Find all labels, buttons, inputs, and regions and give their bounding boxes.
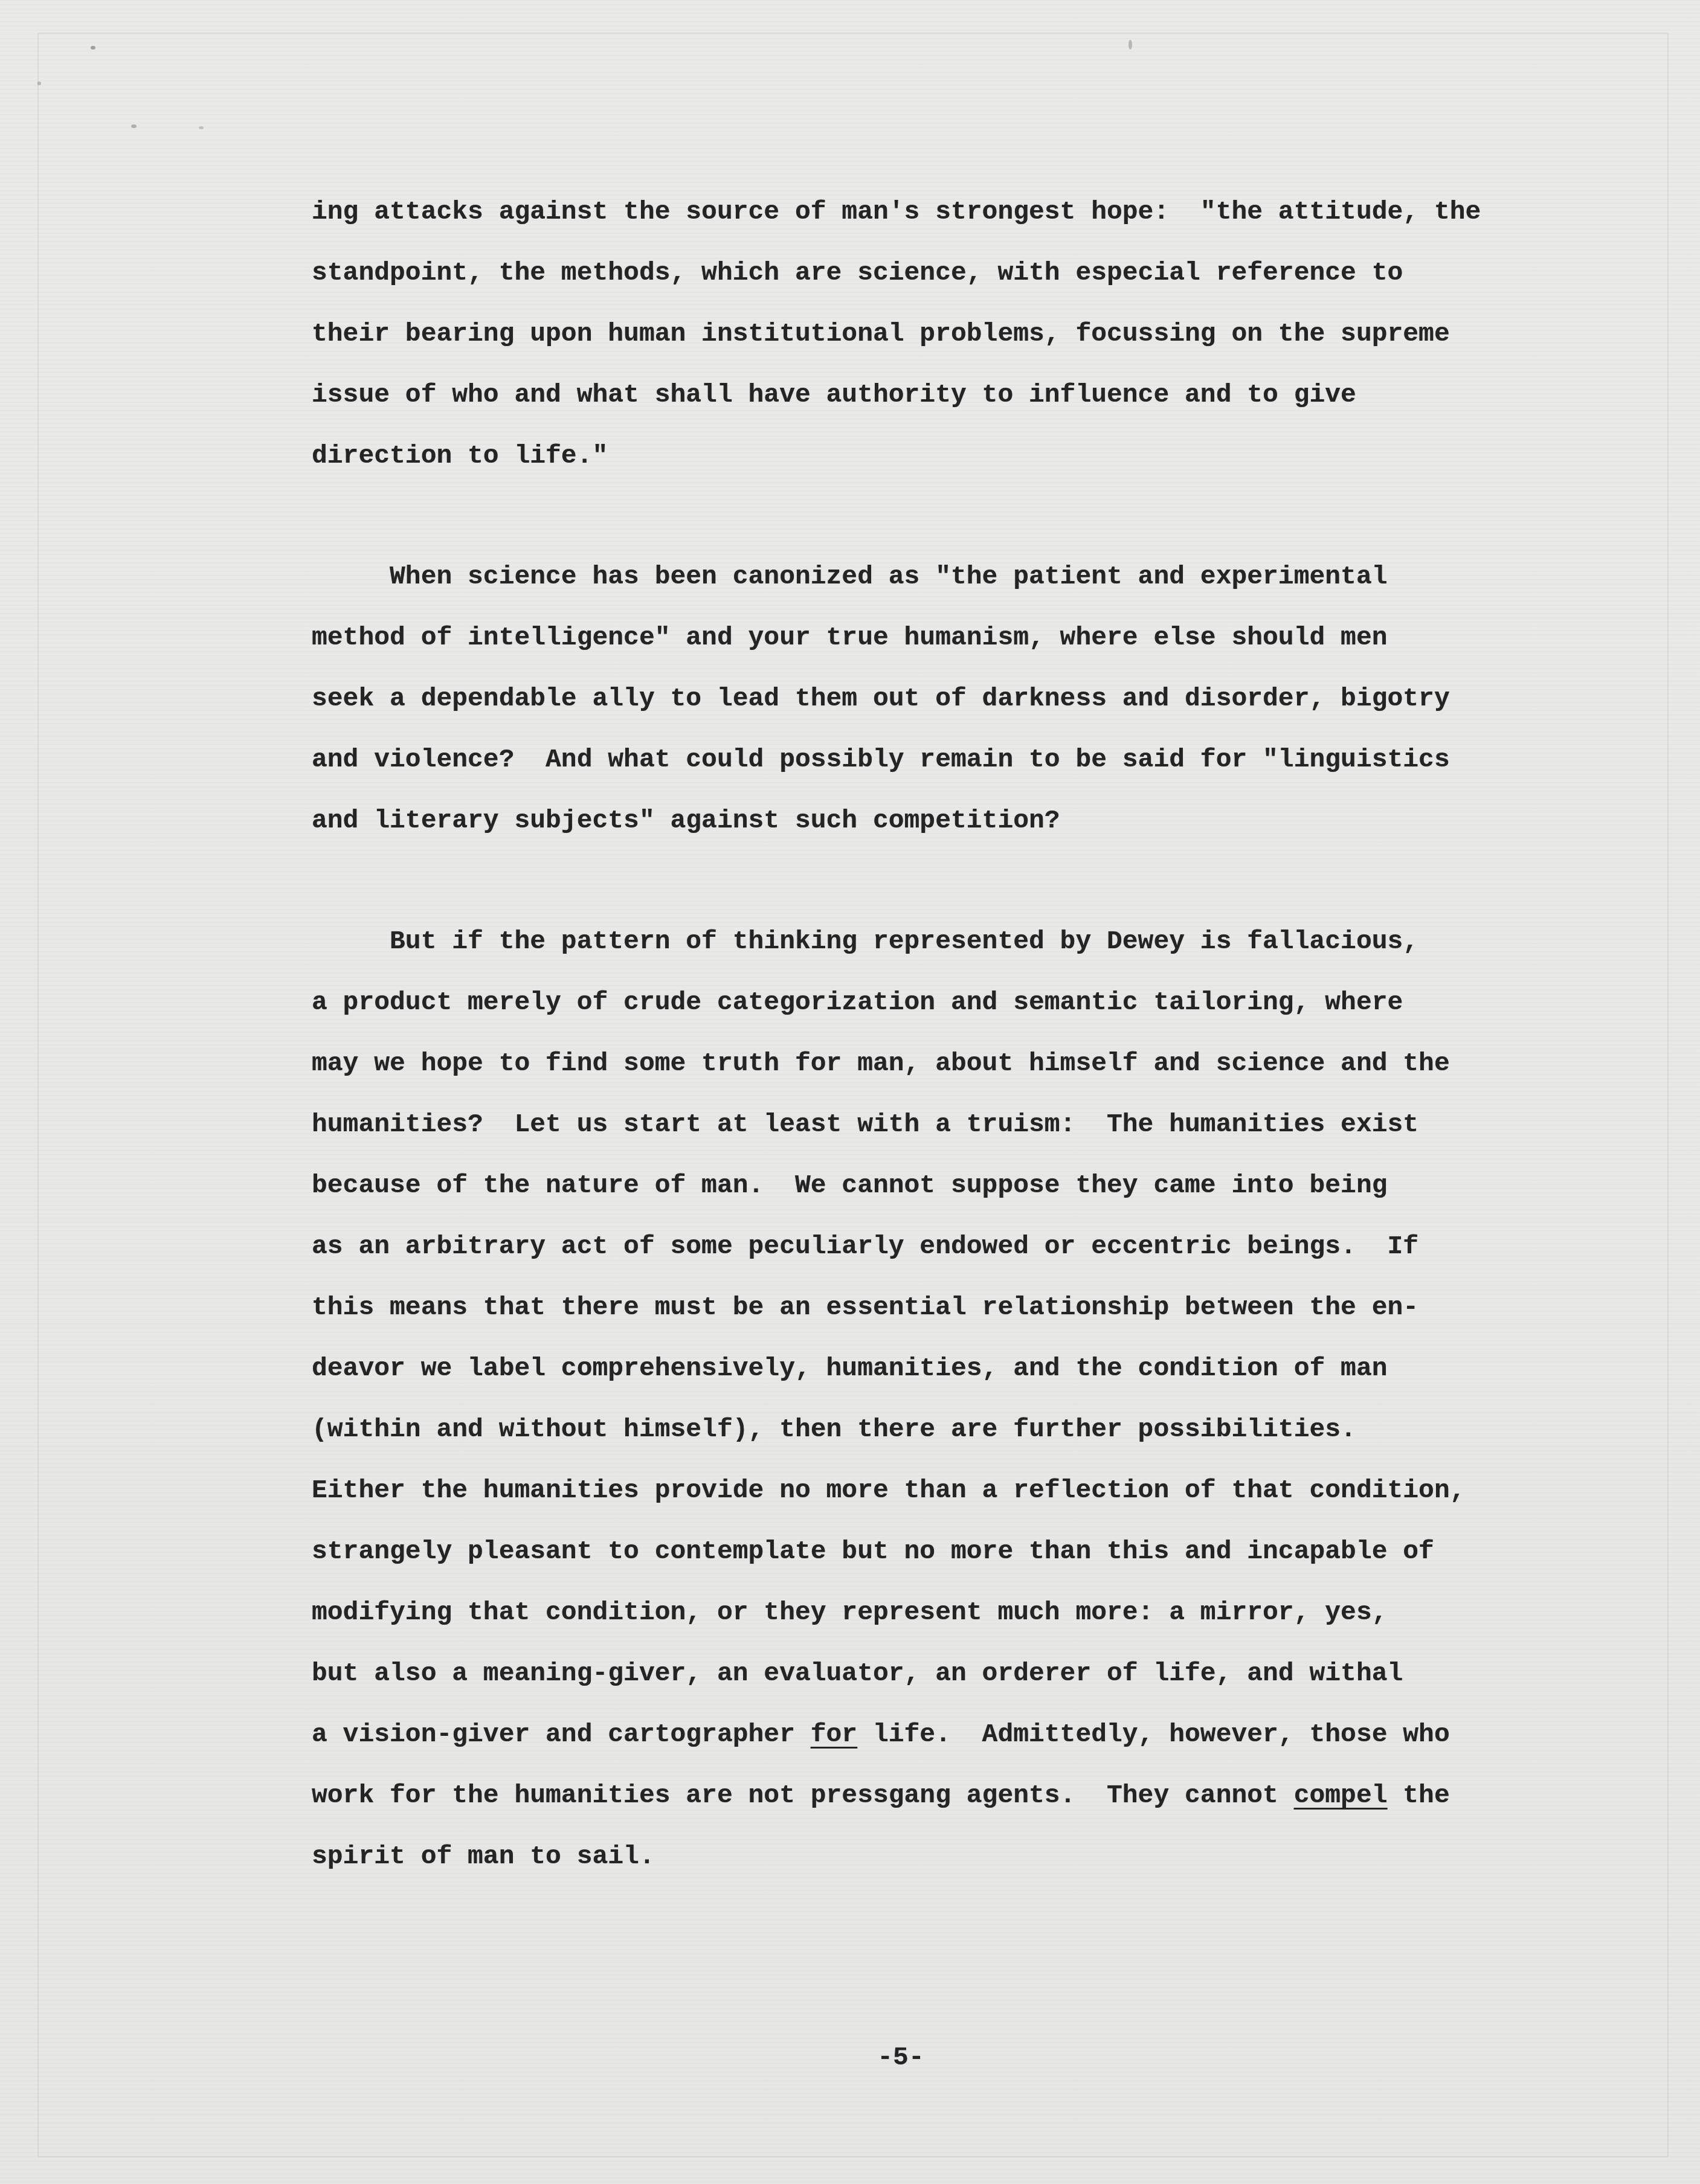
dust-speck (131, 124, 137, 128)
text-segment: a vision-giver and cartographer (312, 1720, 811, 1749)
text-segment: life. Admittedly, however, those who (857, 1720, 1450, 1749)
text-segment: ing attacks against the source of man's … (312, 197, 1481, 226)
dust-speck (91, 46, 95, 50)
text-segment: seek a dependable ally to lead them out … (312, 684, 1450, 713)
text-line: strangely pleasant to contemplate but no… (312, 1521, 1514, 1582)
text-line: Either the humanities provide no more th… (312, 1460, 1514, 1521)
underlined-word: compel (1294, 1781, 1388, 1810)
text-line: deavor we label comprehensively, humanit… (312, 1338, 1514, 1399)
text-line: humanities? Let us start at least with a… (312, 1094, 1514, 1155)
text-line: direction to life." (312, 425, 1514, 486)
paragraph: ing attacks against the source of man's … (312, 181, 1514, 486)
text-line: standpoint, the methods, which are scien… (312, 242, 1514, 303)
text-line: spirit of man to sail. (312, 1826, 1514, 1887)
text-segment: the (1388, 1781, 1450, 1810)
text-line: because of the nature of man. We cannot … (312, 1155, 1514, 1216)
text-line: their bearing upon human institutional p… (312, 303, 1514, 364)
text-line: but also a meaning-giver, an evaluator, … (312, 1643, 1514, 1704)
text-segment: When science has been canonized as "the … (312, 562, 1388, 591)
text-line: this means that there must be an essenti… (312, 1277, 1514, 1338)
text-segment: this means that there must be an essenti… (312, 1293, 1418, 1322)
paragraph: When science has been canonized as "the … (312, 546, 1514, 851)
text-segment: work for the humanities are not pressgan… (312, 1781, 1294, 1810)
text-line: (within and without himself), then there… (312, 1399, 1514, 1460)
text-segment: modifying that condition, or they repres… (312, 1598, 1388, 1627)
text-line: ing attacks against the source of man's … (312, 181, 1514, 242)
text-line: seek a dependable ally to lead them out … (312, 668, 1514, 729)
text-segment: But if the pattern of thinking represent… (312, 927, 1418, 956)
text-line: a product merely of crude categorization… (312, 972, 1514, 1033)
text-line: and violence? And what could possibly re… (312, 729, 1514, 790)
text-line: issue of who and what shall have authori… (312, 364, 1514, 425)
text-segment: Either the humanities provide no more th… (312, 1476, 1466, 1505)
text-segment: as an arbitrary act of some peculiarly e… (312, 1232, 1418, 1261)
page-number: -5- (312, 2027, 1490, 2088)
text-line: method of intelligence" and your true hu… (312, 607, 1514, 668)
document-body: ing attacks against the source of man's … (312, 181, 1514, 1887)
dust-speck (199, 126, 204, 129)
text-line: as an arbitrary act of some peculiarly e… (312, 1216, 1514, 1277)
text-line: may we hope to find some truth for man, … (312, 1033, 1514, 1094)
text-segment: issue of who and what shall have authori… (312, 380, 1356, 409)
text-segment: a product merely of crude categorization… (312, 988, 1403, 1017)
text-segment: (within and without himself), then there… (312, 1415, 1356, 1444)
text-segment: humanities? Let us start at least with a… (312, 1110, 1418, 1139)
text-line: a vision-giver and cartographer for life… (312, 1704, 1514, 1765)
underlined-word: for (811, 1720, 857, 1749)
paragraph: But if the pattern of thinking represent… (312, 911, 1514, 1887)
text-segment: may we hope to find some truth for man, … (312, 1049, 1450, 1078)
text-segment: and violence? And what could possibly re… (312, 745, 1450, 774)
text-line: When science has been canonized as "the … (312, 546, 1514, 607)
text-segment: and literary subjects" against such comp… (312, 806, 1060, 835)
scanned-page: ing attacks against the source of man's … (0, 0, 1700, 2184)
text-line: modifying that condition, or they repres… (312, 1582, 1514, 1643)
text-line: But if the pattern of thinking represent… (312, 911, 1514, 972)
text-line: and literary subjects" against such comp… (312, 790, 1514, 851)
text-segment: standpoint, the methods, which are scien… (312, 258, 1403, 287)
text-segment: direction to life." (312, 441, 608, 471)
dust-speck (1129, 40, 1132, 50)
text-segment: but also a meaning-giver, an evaluator, … (312, 1659, 1403, 1688)
text-segment: deavor we label comprehensively, humanit… (312, 1354, 1388, 1383)
text-segment: spirit of man to sail. (312, 1842, 655, 1871)
text-segment: their bearing upon human institutional p… (312, 319, 1450, 348)
text-segment: because of the nature of man. We cannot … (312, 1171, 1388, 1200)
text-segment: method of intelligence" and your true hu… (312, 623, 1388, 652)
text-line: work for the humanities are not pressgan… (312, 1765, 1514, 1826)
text-segment: strangely pleasant to contemplate but no… (312, 1537, 1434, 1566)
dust-speck (37, 82, 41, 85)
